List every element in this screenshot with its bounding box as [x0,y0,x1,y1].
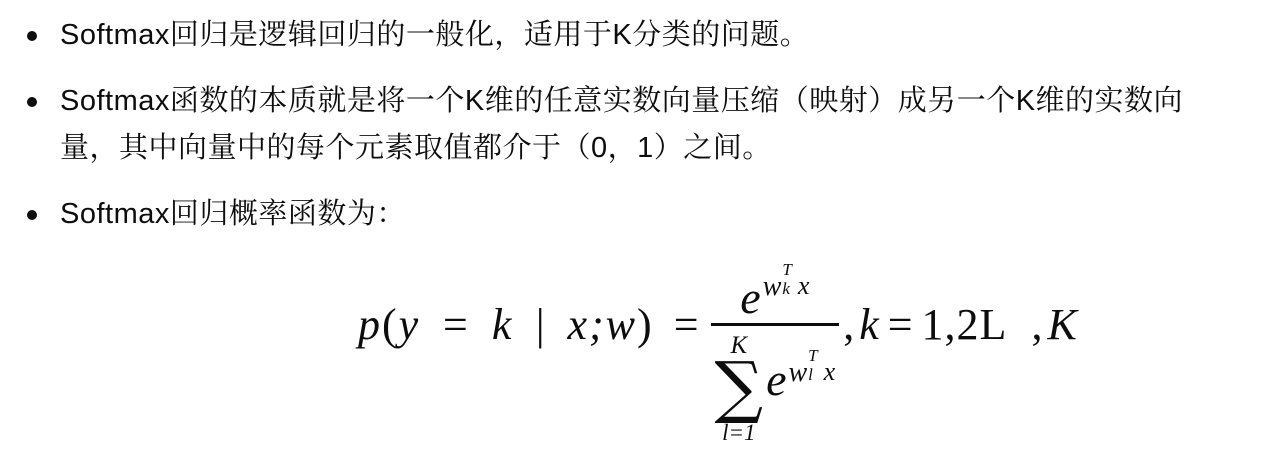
formula-tail: ,k=1,2L,K [843,303,1078,347]
tail-comma: , [843,300,855,349]
fraction-bar [711,323,840,326]
bullet-marker [25,12,60,41]
tail-equals: = [888,300,914,349]
bullet-icon [27,210,37,220]
formula-paren-open: ( [382,300,399,349]
numerator-w: w [763,273,782,301]
numerator-sub-k: k [782,280,790,297]
numerator-x: x [798,273,810,299]
numerator-exponent: w T k x [763,261,810,301]
bullet-2-text: Softmax函数的本质就是将一个K维的任意实数向量压缩（映射）成另一个K维的实… [60,78,1183,172]
bullet-item-2: Softmax函数的本质就是将一个K维的任意实数向量压缩（映射）成另一个K维的实… [25,78,1280,172]
bullet-icon [27,97,37,107]
bullet-3-line-1: Softmax回归概率函数为： [60,191,406,238]
bullet-2-line-2: 量，其中向量中的每个元素取值都介于（0，1）之间。 [60,125,1183,172]
denominator-x: x [824,359,836,385]
denominator-exponent: w T l x [788,347,835,387]
fraction-numerator: e w T k x [732,257,817,323]
numerator-sup-T: T [782,261,791,278]
softmax-probability-formula: p(y = k | x;w) = e w T k x K ∑ l [358,257,1280,444]
formula-fraction: e w T k x K ∑ l=1 e [715,257,836,444]
denominator-sup-T: T [808,347,817,364]
numerator-w-supsub: T k [782,261,791,297]
sigma-icon: ∑ [715,358,764,418]
formula-equals: = [654,300,701,349]
bullet-icon [27,31,37,41]
tail-sequence: 1,2L [922,300,1008,349]
denominator-w-supsub: T l [808,347,817,383]
summation: K ∑ l=1 [715,333,764,444]
formula-paren-close: ) [637,300,654,349]
slide: Softmax回归是逻辑回归的一般化，适用于K分类的问题。 Softmax函数的… [0,0,1280,449]
denominator-w: w [788,359,807,387]
sum-lower-limit: l=1 [722,421,755,444]
numerator-e: e [740,275,760,321]
bullet-marker [25,78,60,107]
bullet-1-text: Softmax回归是逻辑回归的一般化，适用于K分类的问题。 [60,12,809,59]
formula-lhs-body: y = k | x;w [399,300,637,349]
bullet-marker [25,191,60,220]
bullet-1-line-1: Softmax回归是逻辑回归的一般化，适用于K分类的问题。 [60,12,809,59]
formula-lhs: p(y = k | x;w) = [358,303,701,347]
fraction-denominator: K ∑ l=1 e w T l x [715,333,836,444]
tail-var-K: K [1047,300,1077,349]
tail-var-k: k [859,300,880,349]
formula-var-p: p [358,300,382,349]
bullet-3-text: Softmax回归概率函数为： [60,191,406,238]
bullet-2-line-1: Softmax函数的本质就是将一个K维的任意实数向量压缩（映射）成另一个K维的实… [60,78,1183,125]
denominator-e: e [766,357,786,403]
tail-comma-2: , [1031,300,1043,349]
bullet-item-3: Softmax回归概率函数为： [25,191,1280,238]
denominator-sub-l: l [808,366,813,383]
bullet-item-1: Softmax回归是逻辑回归的一般化，适用于K分类的问题。 [25,12,1280,59]
